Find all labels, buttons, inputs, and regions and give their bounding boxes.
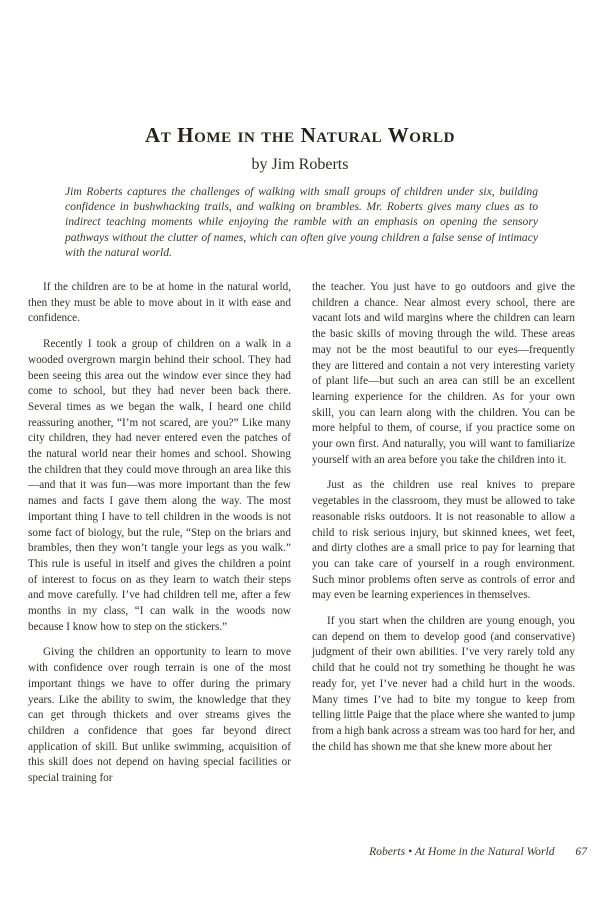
page-footer: Roberts • At Home in the Natural World 6… <box>369 845 587 858</box>
footer-bullet: • <box>408 845 412 858</box>
article-title: At Home in the Natural World <box>0 123 600 148</box>
paragraph: If the children are to be at home in the… <box>28 280 291 327</box>
paragraph: Just as the children use real knives to … <box>312 478 575 604</box>
left-column: If the children are to be at home in the… <box>28 280 291 797</box>
book-page: At Home in the Natural World by Jim Robe… <box>0 0 600 900</box>
article-body: If the children are to be at home in the… <box>28 280 575 797</box>
paragraph-continuation: the teacher. You just have to go outdoor… <box>312 280 575 468</box>
article-byline: by Jim Roberts <box>0 156 600 174</box>
paragraph: Giving the children an opportunity to le… <box>28 645 291 786</box>
paragraph: Recently I took a group of children on a… <box>28 337 291 635</box>
footer-page-number: 67 <box>575 845 587 858</box>
footer-article-title: At Home in the Natural World <box>415 845 555 858</box>
article-abstract: Jim Roberts captures the challenges of w… <box>65 184 538 260</box>
paragraph: If you start when the children are young… <box>312 614 575 755</box>
right-column: the teacher. You just have to go outdoor… <box>312 280 575 797</box>
footer-author: Roberts <box>369 845 405 858</box>
